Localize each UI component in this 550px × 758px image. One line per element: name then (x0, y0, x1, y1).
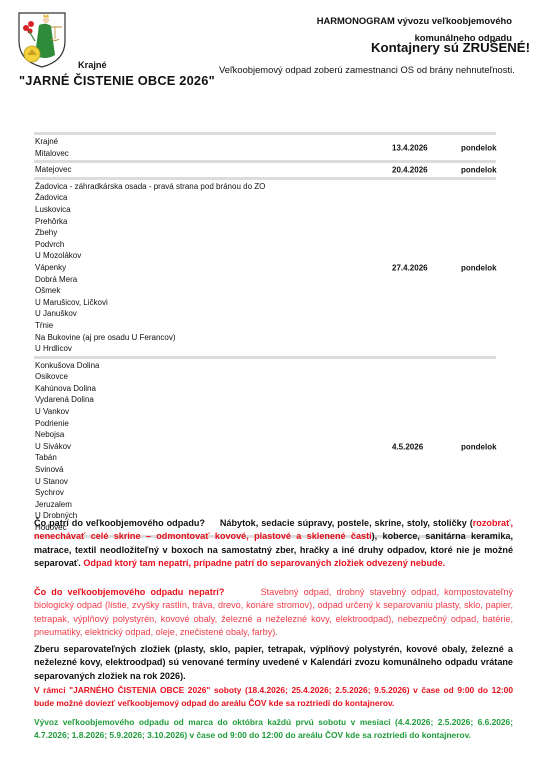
place-name: Kahúnova Dolina (35, 383, 355, 395)
pickup-date: 13.4.2026 (392, 143, 428, 152)
place-name: U Januškov (35, 308, 355, 320)
place-name: Vápenky (35, 262, 355, 274)
saturdays-paragraph: V rámci "JARNÉHO ČISTENIA OBCE 2026" sob… (34, 684, 513, 710)
table-row: KrajnéMitalovec13.4.2026pondelok (34, 132, 496, 160)
belongs-paragraph: Čo patrí do veľkoobjemového odpadu? Náby… (34, 517, 513, 570)
not-belongs-paragraph: Čo do veľkoobjemového odpadu nepatrí? St… (34, 586, 513, 639)
place-name: U Vankov (35, 406, 355, 418)
pickup-note: Veľkoobjemový odpad zoberú zamestnanci O… (219, 64, 515, 75)
place-name: U Marušicov, Ličkovi (35, 297, 355, 309)
belongs-question: Čo patrí do veľkoobjemového odpadu? (34, 518, 205, 528)
place-name: Osikovce (35, 371, 355, 383)
place-name: Jeruzalem (35, 499, 355, 511)
pickup-day: pondelok (461, 143, 497, 152)
separated-paragraph: Zberu separovateľných zložiek (plasty, s… (34, 643, 513, 683)
containers-cancelled-notice: Kontajnery sú ZRUŠENÉ! (371, 40, 530, 55)
place-name: Zbehy (35, 227, 355, 239)
places-cell: Matejovec (34, 163, 355, 177)
place-name: Podrienie (35, 418, 355, 430)
pickup-date: 4.5.2026 (392, 442, 423, 451)
place-name: U Sivákov (35, 441, 355, 453)
place-name: Sychrov (35, 487, 355, 499)
place-name: U Mozolákov (35, 250, 355, 262)
places-cell: Žadovica - záhradkárska osada - pravá st… (34, 180, 355, 356)
not-belongs-question: Čo do veľkoobjemového odpadu nepatrí? (34, 587, 224, 597)
table-row: Žadovica - záhradkárska osada - pravá st… (34, 177, 496, 356)
place-name: Svinová (35, 464, 355, 476)
village-name: Krajné (78, 60, 107, 70)
place-name: Ošmek (35, 285, 355, 297)
place-name: Na Bukovine (aj pre osadu U Ferancov) (35, 332, 355, 344)
belongs-note: Odpad ktorý tam nepatrí, prípadne patrí … (83, 558, 445, 568)
place-name: Luskovica (35, 204, 355, 216)
place-name: Mitalovec (35, 148, 355, 160)
place-name: Žadovica (35, 192, 355, 204)
places-cell: KrajnéMitalovec (34, 135, 355, 160)
table-row: Konkušova DolinaOsikovceKahúnova DolinaV… (34, 356, 496, 538)
place-name: U Hrdlicov (35, 343, 355, 355)
pickup-day: pondelok (461, 442, 497, 451)
place-name: Žadovica - záhradkárska osada - pravá st… (35, 181, 355, 193)
belongs-items: Nábytok, sedacie súpravy, postele, skrin… (220, 518, 473, 528)
schedule-table: KrajnéMitalovec13.4.2026pondelokMatejove… (34, 132, 496, 538)
pickup-day: pondelok (461, 263, 497, 272)
place-name: Konkušova Dolina (35, 360, 355, 372)
event-title: "JARNÉ ČISTENIE OBCE 2026" (19, 73, 215, 88)
place-name: Prehôrka (35, 216, 355, 228)
monthly-paragraph: Vývoz veľkoobjemového odpadu od marca do… (34, 716, 513, 742)
places-cell: Konkušova DolinaOsikovceKahúnova DolinaV… (34, 359, 355, 535)
place-name: Tabán (35, 452, 355, 464)
pickup-day: pondelok (461, 165, 497, 174)
place-name: Dobrá Mera (35, 274, 355, 286)
place-name: Krajné (35, 136, 355, 148)
pickup-date: 20.4.2026 (392, 165, 428, 174)
place-name: Tŕnie (35, 320, 355, 332)
table-row: Matejovec20.4.2026pondelok (34, 160, 496, 177)
coat-of-arms-logo (17, 11, 67, 69)
place-name: Matejovec (35, 164, 355, 176)
pickup-date: 27.4.2026 (392, 263, 428, 272)
place-name: Podvrch (35, 239, 355, 251)
place-name: Vydarená Dolina (35, 394, 355, 406)
place-name: Nebojsa (35, 429, 355, 441)
title-line-1: HARMONOGRAM vývozu veľkoobjemového (317, 12, 512, 29)
place-name: U Stanov (35, 476, 355, 488)
